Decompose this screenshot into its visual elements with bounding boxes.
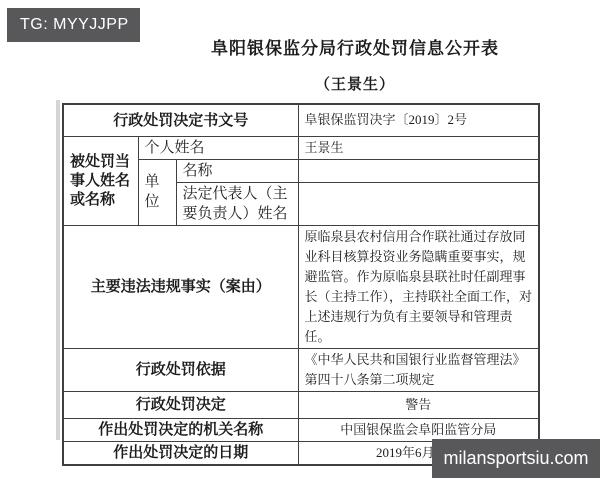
basis-label: 行政处罚依据 [63,348,298,391]
table-row-facts: 主要违法违规事实（案由） 原临泉县农村信用合作联社通过存放同业科目核算投资业务隐… [63,225,539,348]
doc-number-value: 阜银保监罚决字〔2019〕2号 [298,104,539,136]
decision-value: 警告 [298,391,539,418]
unit-name-label: 名称 [176,159,298,182]
legal-rep-value [298,182,539,225]
date-label: 作出处罚决定的日期 [63,441,298,465]
basis-value: 《中华人民共和国银行业监督管理法》第四十八条第二项规定 [298,348,539,391]
facts-label: 主要违法违规事实（案由） [63,225,298,348]
decision-label: 行政处罚决定 [63,391,298,418]
document-header: 阜阳银保监分局行政处罚信息公开表 （王景生） [110,34,600,94]
penalty-info-table: 行政处罚决定书文号 阜银保监罚决字〔2019〕2号 被处罚当事人姓名或名称 个人… [62,103,540,466]
table-row-personal-name: 被处罚当事人姓名或名称 个人姓名 王景生 [63,136,539,159]
authority-value: 中国银保监会阜阳监管分局 [298,418,539,441]
unit-label: 单位 [138,159,176,225]
page-title: 阜阳银保监分局行政处罚信息公开表 [110,34,600,59]
legal-rep-label: 法定代表人（主要负责人）姓名 [176,182,298,225]
personal-name-value: 王景生 [298,136,539,159]
personal-name-label: 个人姓名 [138,136,298,159]
doc-number-label: 行政处罚决定书文号 [63,104,298,136]
site-watermark-text: milansportsiu.com [443,448,588,469]
unit-name-value [298,159,539,182]
site-watermark-badge: milansportsiu.com [432,439,600,478]
telegram-watermark-text: TG: MYYJJPP [20,16,129,34]
table-row-doc-number: 行政处罚决定书文号 阜银保监罚决字〔2019〕2号 [63,104,539,136]
table-row-authority: 作出处罚决定的机关名称 中国银保监会阜阳监管分局 [63,418,539,441]
authority-label: 作出处罚决定的机关名称 [63,418,298,441]
page: TG: MYYJJPP 阜阳银保监分局行政处罚信息公开表 （王景生） 行政处罚决… [0,0,600,480]
table-row-basis: 行政处罚依据 《中华人民共和国银行业监督管理法》第四十八条第二项规定 [63,348,539,391]
left-edge-shadow [56,100,60,440]
punished-party-label: 被处罚当事人姓名或名称 [63,136,138,225]
table-row-decision: 行政处罚决定 警告 [63,391,539,418]
facts-value: 原临泉县农村信用合作联社通过存放同业科目核算投资业务隐瞒重要事实，规避监管。作为… [298,225,539,348]
page-subtitle: （王景生） [110,73,600,94]
